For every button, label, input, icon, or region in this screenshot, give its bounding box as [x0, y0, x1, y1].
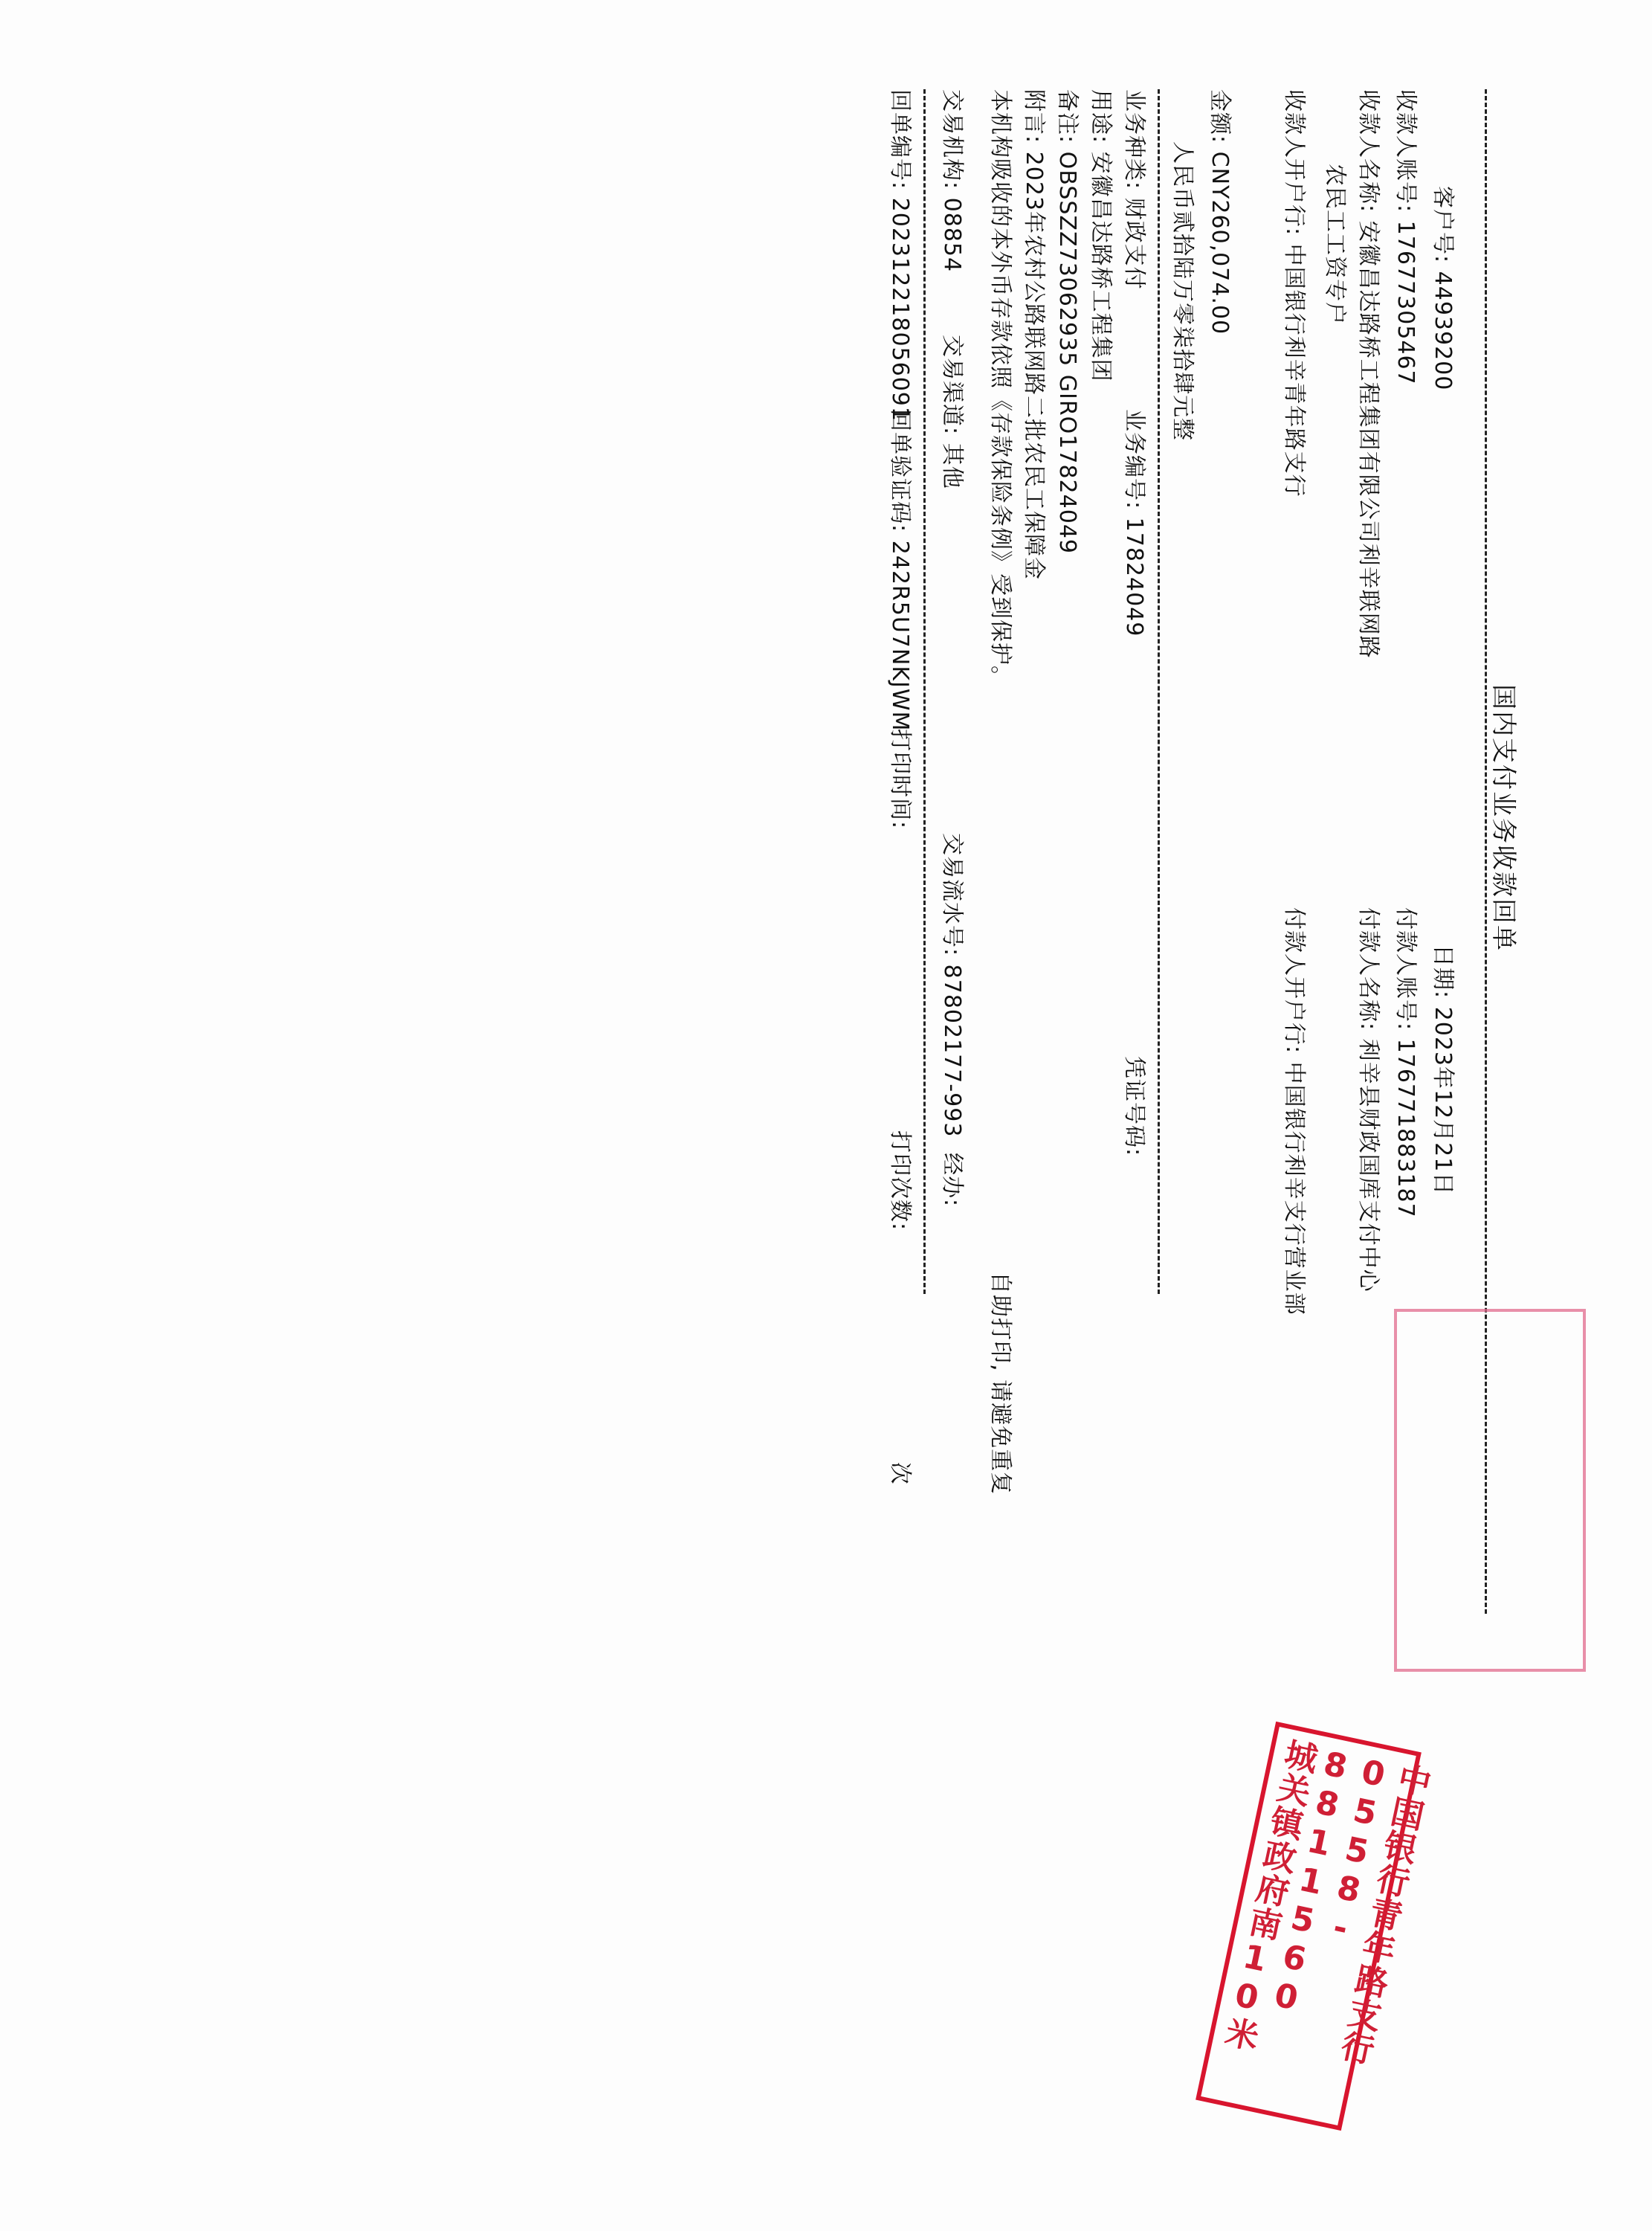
- faded-stamp: [1394, 1309, 1586, 1672]
- payee-name: 收款人名称: 安徽昌达路桥工程集团有限公司利辛联网路: [1353, 89, 1383, 659]
- business-type: 业务种类: 财政支付: [1119, 89, 1149, 290]
- purpose: 用途: 安徽昌达路桥工程集团: [1085, 89, 1115, 382]
- amount-divider: [1158, 89, 1160, 1294]
- remark: 备注: OBSSZZ73062935 GIRO17824049: [1052, 89, 1082, 554]
- payer-name: 付款人名称: 利辛县财政国库支付中心: [1353, 907, 1383, 1292]
- payer-account: 付款人账号: 176771883187: [1390, 907, 1420, 1218]
- amount: 金额: CNY260,074.00: [1204, 89, 1234, 335]
- bottom-divider: [923, 89, 926, 1294]
- postscript: 附言: 2023年农村公路联网路二批农民工保障金: [1019, 89, 1048, 580]
- print-count: 打印次数: 次: [885, 1130, 914, 1485]
- payee-name-line2: 农民工工资专户: [1320, 164, 1349, 325]
- business-no: 业务编号: 17824049: [1119, 409, 1149, 637]
- serial-no: 交易流水号: 87802177-993: [937, 833, 967, 1137]
- amount-in-words: 人民币贰拾陆万零柒拾肆元整: [1167, 141, 1197, 441]
- bank-stamp: 中国银行青年路支行 0558-8811560 城关镇政府南10米: [1196, 1722, 1422, 2131]
- payee-account: 收款人账号: 17677305467: [1390, 89, 1420, 385]
- deposit-notice: 本机构吸收的本外币存款依照《存款保险条例》受到保护。: [985, 89, 1015, 689]
- payee-bank: 收款人开户行: 中国银行利辛青年路支行: [1279, 89, 1309, 498]
- date: 日期: 2023年12月21日: [1427, 944, 1457, 1195]
- handler: 经办:: [937, 1153, 967, 1207]
- print-time: 打印时间:: [885, 729, 914, 829]
- receipt-no: 回单编号: 202312218056091: [885, 89, 914, 422]
- receipt-title: 国内支付业务收款回单: [1488, 684, 1524, 952]
- channel: 交易渠道: 其他: [937, 335, 967, 489]
- payer-bank: 付款人开户行: 中国银行利辛支行营业部: [1279, 907, 1309, 1316]
- institution: 交易机构: 08854: [937, 89, 967, 272]
- self-print-notice: 自助打印, 请避免重复: [985, 1272, 1015, 1495]
- voucher-no: 凭证号码:: [1119, 1056, 1149, 1156]
- verify-code: 回单验证码: 242R5U7NKJWM: [885, 409, 914, 731]
- customer-no: 客户号: 44939200: [1427, 186, 1457, 390]
